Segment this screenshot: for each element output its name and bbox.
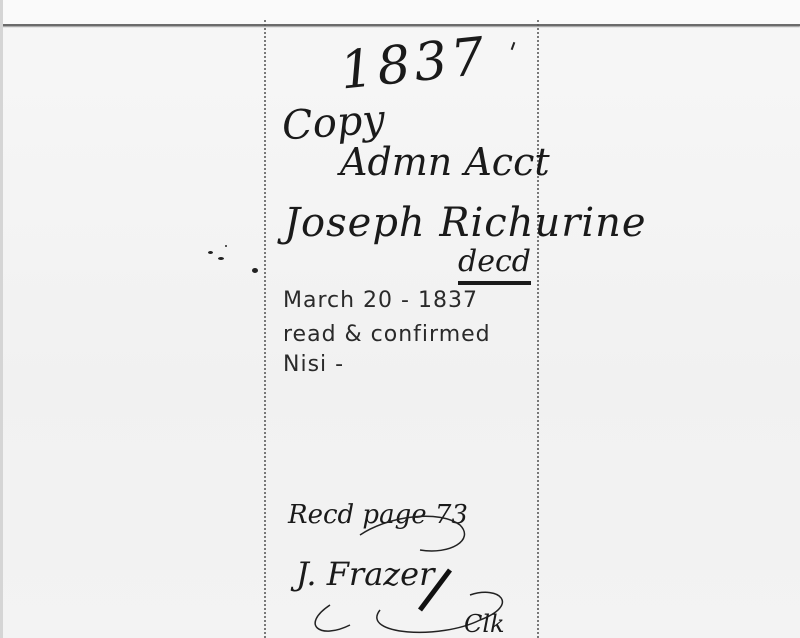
- clerk-signature: J. Frazer: [296, 555, 434, 593]
- paper-top-edge: [0, 0, 800, 26]
- ink-speck: [225, 245, 227, 247]
- ink-mark: [511, 42, 516, 50]
- pencil-note-nisi: Nisi -: [283, 352, 344, 377]
- pencil-note-status: read & confirmed: [283, 322, 491, 347]
- paper-left-edge: [0, 0, 3, 638]
- clerk-title: Clk: [464, 610, 505, 638]
- decedent-suffix: decd: [458, 244, 531, 285]
- ink-speck: [208, 251, 213, 254]
- pencil-note-date: March 20 - 1837: [283, 288, 478, 313]
- ink-speck: [218, 257, 224, 260]
- docket-heading-account: Admn Acct: [340, 140, 550, 184]
- ink-speck: [252, 268, 258, 273]
- decedent-name: Joseph Richurine: [284, 200, 647, 246]
- fold-line-left: [264, 20, 268, 638]
- document-page: 1837 Copy Admn Acct Joseph Richurine dec…: [0, 0, 800, 638]
- docket-year: 1837: [337, 26, 491, 101]
